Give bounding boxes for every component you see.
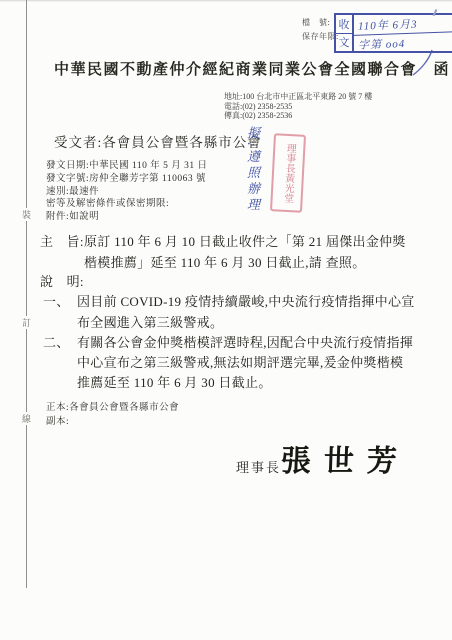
attachment-note: 附件:如說明 (46, 211, 208, 224)
binding-rule (26, 0, 27, 588)
original-copy-line: 正本:各會員公會暨各縣市公會 (46, 399, 179, 413)
red-seal-stamp: 理事長黃光堂 (270, 133, 306, 213)
security-class: 密等及解密條件或保密期限: (46, 198, 208, 211)
scanned-letter-page: 裝 訂 線 檔 號: 保存年限: 收 文 110年 6月3 字第 oo4 中華民… (0, 0, 452, 640)
org-fax: 傳真:(02) 2358-2536 (224, 111, 372, 121)
explanation-item-2-line-2: 中心宣布之第三級警戒,無法如期評選完畢,爰金仲獎楷模 (77, 352, 403, 371)
chairman-title: 理事長 (236, 457, 281, 476)
recipient-line: 受文者:各會員公會暨各縣市公會 (54, 131, 262, 151)
speed-class: 速別:最速件 (46, 186, 208, 199)
explanation-item-1-line-2: 布全國進入第三級警戒。 (77, 312, 223, 331)
received-stamp-rows: 110年 6月3 字第 oo4 (354, 15, 452, 51)
received-stamp-box: 收 文 110年 6月3 字第 oo4 (334, 13, 452, 53)
explanation-item-1-number: 一、 (43, 291, 70, 310)
explanation-item-1-line-1: 因目前 COVID-19 疫情持續嚴峻,中央流行疫情指揮中心宣 (77, 291, 415, 310)
binding-mark-zhuang: 裝 (19, 208, 34, 221)
explanation-item-2-line-1: 有關各公會金仲獎楷模評選時程,因配合中央流行疫情指揮 (77, 332, 413, 351)
org-phone: 電話:(02) 2358-2535 (224, 102, 372, 112)
org-contact-block: 地址:100 台北市中正區北平東路 20 號 7 樓 電話:(02) 2358-… (224, 92, 372, 121)
meta-block: 發文日期:中華民國 110 年 5 月 31 日 發文字號:房仲全聯芳字第 11… (46, 160, 208, 224)
explanation-label: 說 明: (40, 271, 84, 290)
red-seal-text: 理事長黃光堂 (281, 143, 294, 203)
receive-char: 收 (336, 15, 352, 34)
subject-line-2: 楷模推薦」延至 110 年 6 月 30 日截止,請 查照。 (84, 252, 366, 271)
binding-mark-xian: 線 (19, 412, 34, 425)
document-title: 中華民國不動產仲介經紀商業同業公會全國聯合會 函 (54, 58, 450, 79)
cc-copy-line: 副本: (46, 413, 69, 427)
issue-date: 發文日期:中華民國 110 年 5 月 31 日 (46, 160, 208, 173)
received-stamp-column: 收 文 (336, 15, 354, 51)
org-address: 地址:100 台北市中正區北平東路 20 號 7 樓 (224, 92, 372, 102)
subject-line-1: 原訂 110 年 6 月 10 日截止收件之「第 21 屆傑出金仲獎 (84, 231, 406, 250)
doc-char: 文 (336, 34, 352, 52)
subject-label: 主 旨: (40, 231, 84, 250)
explanation-item-2-line-3: 推薦延至 110 年 6 月 30 日截止。 (77, 372, 272, 391)
explanation-item-2-number: 二、 (43, 332, 70, 351)
chairman-signature: 張世芳 (280, 436, 411, 480)
handwritten-annotation: 擬:遵照辦理 (243, 126, 262, 226)
issue-number: 發文字號:房仲全聯芳字第 110063 號 (46, 173, 208, 186)
binding-mark-ding: 訂 (19, 316, 34, 329)
